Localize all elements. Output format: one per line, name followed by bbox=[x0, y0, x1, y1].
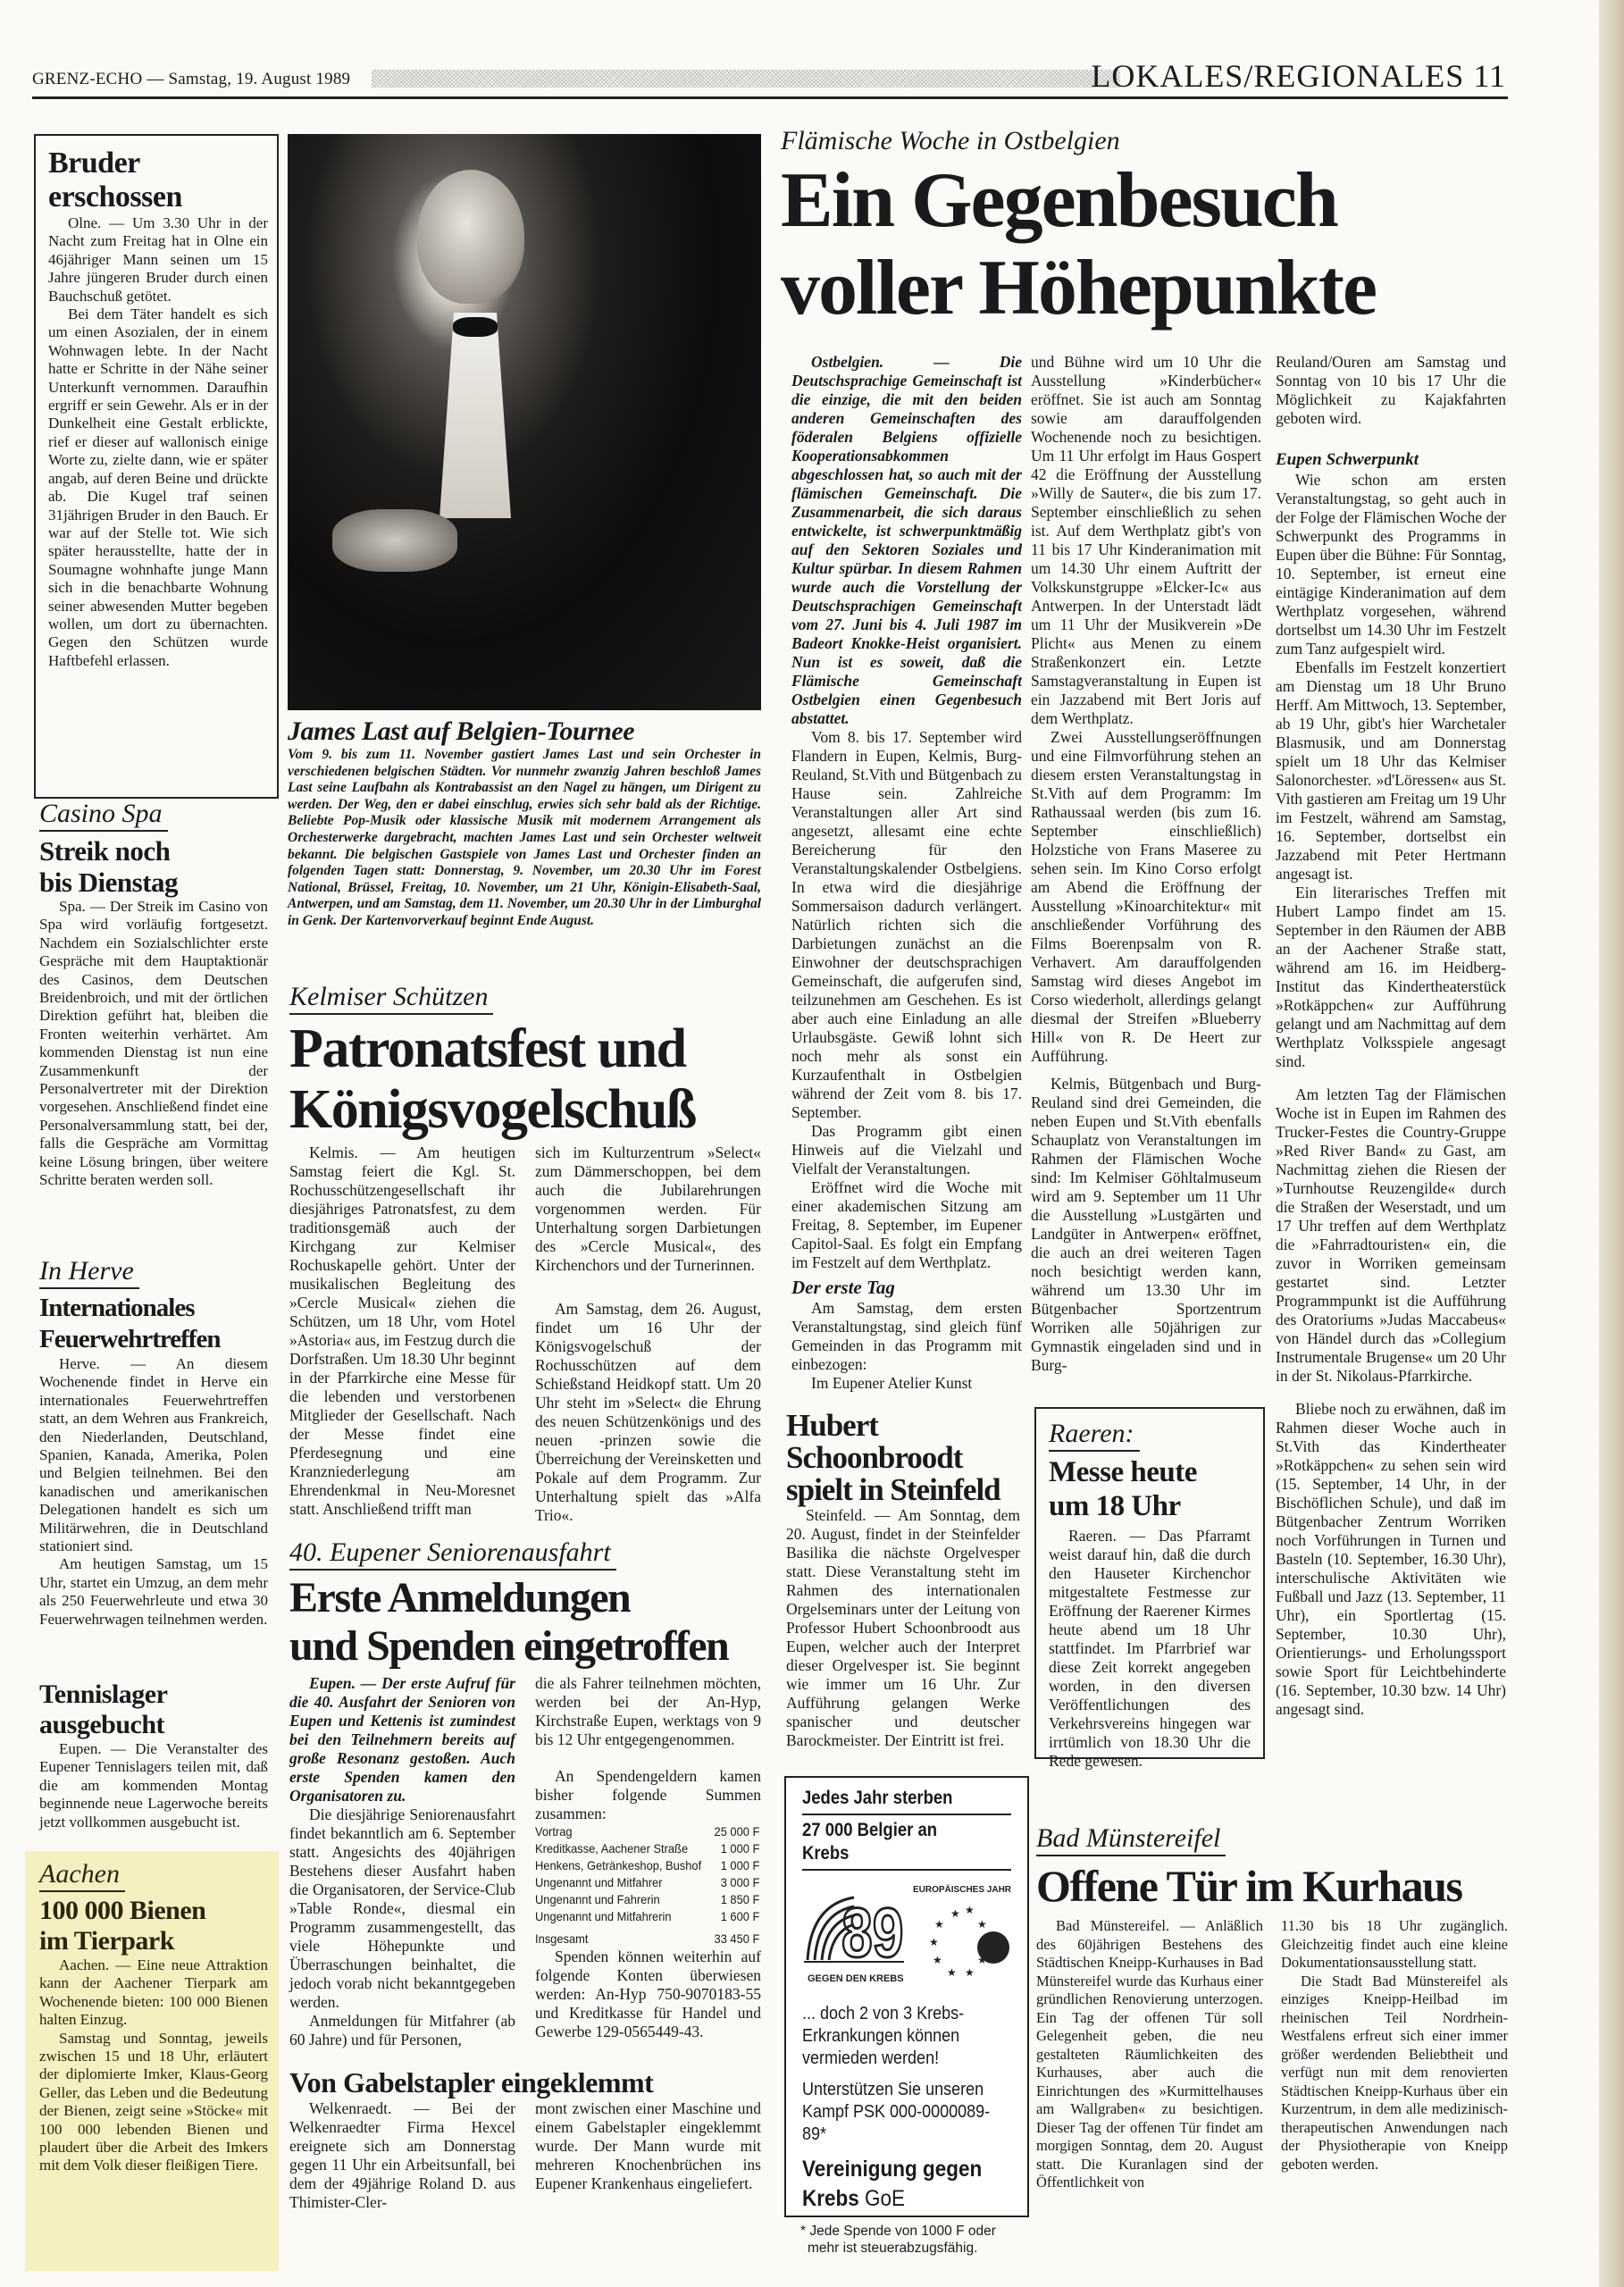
photo-hand bbox=[332, 509, 457, 572]
article-body: Eupen. — Die Veranstalter des Eupener Te… bbox=[39, 1740, 268, 1831]
paragraph: Ein literarisches Treffen mit Hubert Lam… bbox=[1276, 884, 1506, 1071]
paragraph: Bliebe noch zu erwähnen, daß im Rahmen d… bbox=[1276, 1400, 1506, 1719]
article-herve: In Herve InternationalesFeuerwehrtreffen… bbox=[39, 1255, 268, 1629]
column: sich im Kulturzentrum »Select« zum Dämme… bbox=[535, 1143, 761, 1525]
subheadline: Der erste Tag bbox=[791, 1276, 1022, 1299]
page-number: 11 bbox=[1473, 58, 1506, 94]
kicker: Raeren: bbox=[1049, 1418, 1140, 1452]
table-row: Ungenannt und Fahrerin1 850 F bbox=[535, 1891, 759, 1908]
svg-text:89: 89 bbox=[841, 1893, 903, 1971]
paragraph: Kelmis. — Am heutigen Samstag feiert die… bbox=[289, 1143, 515, 1519]
svg-text:★: ★ bbox=[977, 1918, 987, 1931]
headline: 100 000 Bienenim Tierpark bbox=[39, 1896, 268, 1956]
column: 11.30 bis 18 Uhr zugänglich. Gleichzeiti… bbox=[1281, 1917, 1508, 2192]
headline: InternationalesFeuerwehrtreffen bbox=[39, 1293, 268, 1355]
paragraph: Zwei Ausstellungseröffnungen und eine Fi… bbox=[1031, 728, 1261, 1066]
flaemisch-column-2: und Bühne wird um 10 Uhr die Ausstellung… bbox=[1031, 353, 1261, 1375]
kicker: Aachen bbox=[39, 1858, 125, 1892]
article-senioren: 40. Eupener Seniorenausfahrt Erste Anmel… bbox=[289, 1537, 761, 2049]
column: Welkenraedt. — Bei der Welkenraedter Fir… bbox=[289, 2099, 515, 2212]
article-flaemisch-header: Flämische Woche in Ostbelgien Ein Gegenb… bbox=[781, 125, 1513, 332]
kicker: Casino Spa bbox=[39, 798, 168, 832]
table-row: Ungenannt und Mitfahrer3 000 F bbox=[535, 1874, 759, 1891]
paragraph: Bad Münstereifel. — Anläßlich des 60jähr… bbox=[1036, 1917, 1263, 2192]
flaemisch-column-3: Reuland/Ouren am Samstag und Sonntag von… bbox=[1276, 353, 1506, 1719]
column: Bad Münstereifel. — Anläßlich des 60jähr… bbox=[1036, 1917, 1263, 2192]
paragraph: Raeren. — Das Pfarramt weist darauf hin,… bbox=[1049, 1527, 1251, 1771]
kicker: Kelmiser Schützen bbox=[289, 981, 493, 1015]
svg-text:★: ★ bbox=[965, 1966, 975, 1979]
paragraph: Das Programm gibt einen Hinweis auf die … bbox=[791, 1122, 1022, 1178]
section-title: LOKALES/REGIONALES 11 bbox=[1091, 57, 1506, 95]
article-columns: Welkenraedt. — Bei der Welkenraedter Fir… bbox=[289, 2099, 761, 2212]
headline: Von Gabelstapler eingeklemmt bbox=[289, 2065, 761, 2099]
table-row: Ungenannt und Mitfahrerin1 600 F bbox=[535, 1908, 759, 1925]
table-row: Vortrag25 000 F bbox=[535, 1823, 759, 1840]
column: Kelmis. — Am heutigen Samstag feiert die… bbox=[289, 1143, 515, 1525]
paragraph: Die Stadt Bad Münstereifel als einziges … bbox=[1281, 1973, 1508, 2174]
article-body: Aachen. — Eine neue Attraktion kann der … bbox=[39, 1956, 268, 2175]
paragraph: Eröffnet wird die Woche mit einer akadem… bbox=[791, 1178, 1022, 1272]
masthead: GRENZ-ECHO — Samstag, 19. August 1989 LO… bbox=[32, 55, 1506, 95]
column: mont zwischen einer Maschine und einem G… bbox=[535, 2099, 761, 2212]
kicker: Bad Münstereifel bbox=[1036, 1822, 1226, 1856]
paragraph: Spenden können weiterhin auf folgende Ko… bbox=[535, 1948, 761, 2041]
paragraph: Am heutigen Samstag, um 15 Uhr, startet … bbox=[39, 1555, 268, 1629]
paragraph: Am letzten Tag der Flämischen Woche ist … bbox=[1276, 1085, 1506, 1386]
logo-europe-against-cancer: 89 GEGEN DEN KREBS EUROPÄISCHES JAHR ★★★… bbox=[799, 1878, 1015, 1994]
section-name: LOKALES/REGIONALES bbox=[1091, 58, 1464, 94]
paragraph: Anmeldungen für Mitfahrer (ab 60 Jahre) … bbox=[289, 2012, 515, 2049]
article-columns: Eupen. — Der erste Aufruf für die 40. Au… bbox=[289, 1674, 761, 2049]
lead-paragraph: Ostbelgien. — Die Deutschsprachige Gemei… bbox=[791, 353, 1022, 727]
svg-text:EUROPÄISCHES JAHR: EUROPÄISCHES JAHR bbox=[913, 1883, 1012, 1895]
photo-face bbox=[417, 170, 524, 304]
article-bienen: Aachen 100 000 Bienenim Tierpark Aachen.… bbox=[39, 1858, 268, 2175]
paragraph: Ebenfalls im Festzelt konzertiert am Die… bbox=[1276, 658, 1506, 884]
rainbow-89-icon: 89 GEGEN DEN KREBS EUROPÄISCHES JAHR ★★★… bbox=[799, 1878, 1013, 1994]
paragraph: Spa. — Der Streik im Casino von Spa wird… bbox=[39, 898, 268, 1190]
article-body: Raeren. — Das Pfarramt weist darauf hin,… bbox=[1049, 1527, 1251, 1771]
headline: Ein Gegenbesuchvoller Höhepunkte bbox=[781, 157, 1513, 332]
headline: James Last auf Belgien-Tournee bbox=[288, 716, 761, 747]
paper-date: GRENZ-ECHO — Samstag, 19. August 1989 bbox=[32, 70, 350, 89]
headline: Tennislagerausgebucht bbox=[39, 1680, 268, 1740]
ad-headline: Jedes Jahr sterben bbox=[802, 1787, 986, 1810]
photo-caption: Vom 9. bis zum 11. November gastiert Jam… bbox=[288, 747, 761, 930]
paragraph: Vom 9. bis zum 11. November gastiert Jam… bbox=[288, 747, 761, 930]
paragraph: Welkenraedt. — Bei der Welkenraedter Fir… bbox=[289, 2099, 515, 2212]
article-columns: Kelmis. — Am heutigen Samstag feiert die… bbox=[289, 1143, 761, 1525]
divider bbox=[802, 1814, 1011, 1815]
photo-shirt bbox=[439, 313, 511, 518]
headline: Messe heuteum 18 Uhr bbox=[1049, 1455, 1251, 1523]
flaemisch-column-1: Ostbelgien. — Die Deutschsprachige Gemei… bbox=[791, 353, 1022, 1393]
article-kurhaus: Bad Münstereifel Offene Tür im Kurhaus B… bbox=[1036, 1822, 1508, 2192]
paragraph: Steinfeld. — Am Sonntag, dem 20. August,… bbox=[786, 1506, 1020, 1750]
photo-james-last bbox=[288, 134, 761, 710]
article-james-last: James Last auf Belgien-Tournee Vom 9. bi… bbox=[288, 716, 761, 930]
svg-text:★: ★ bbox=[965, 1904, 975, 1916]
svg-text:★: ★ bbox=[950, 1907, 960, 1920]
total-row: Insgesamt33 450 F bbox=[535, 1925, 759, 1948]
paragraph: mont zwischen einer Maschine und einem G… bbox=[535, 2099, 761, 2193]
svg-text:★: ★ bbox=[933, 1954, 942, 1966]
headline: Offene Tür im Kurhaus bbox=[1036, 1860, 1508, 1912]
paragraph: Eupen. — Die Veranstalter des Eupener Te… bbox=[39, 1740, 268, 1831]
paragraph: An Spendengeldern kamen bisher folgende … bbox=[535, 1767, 761, 1823]
photo-bowtie bbox=[453, 317, 498, 337]
paragraph: Olne. — Um 3.30 Uhr in der Nacht zum Fre… bbox=[48, 214, 268, 306]
subheadline: Eupen Schwerpunkt bbox=[1276, 449, 1506, 471]
paragraph: und Bühne wird um 10 Uhr die Ausstellung… bbox=[1031, 353, 1261, 728]
paragraph: Aachen. — Eine neue Attraktion kann der … bbox=[39, 1956, 268, 2030]
article-casino: Casino Spa Streik nochbis Dienstag Spa. … bbox=[39, 798, 268, 1190]
paragraph: Herve. — An diesem Wochenende findet in … bbox=[39, 1355, 268, 1555]
article-body: Olne. — Um 3.30 Uhr in der Nacht zum Fre… bbox=[48, 214, 268, 670]
headline: Streik nochbis Dienstag bbox=[39, 835, 268, 898]
masthead-rule bbox=[32, 96, 1508, 99]
article-body: Steinfeld. — Am Sonntag, dem 20. August,… bbox=[786, 1506, 1020, 1750]
paragraph: 11.30 bis 18 Uhr zugänglich. Gleichzeiti… bbox=[1281, 1917, 1508, 1973]
article-schoonbroodt: HubertSchoonbroodtspielt in Steinfeld St… bbox=[786, 1410, 1020, 1750]
paragraph: Im Eupener Atelier Kunst bbox=[791, 1374, 1022, 1393]
ad-footnote: * Jede Spende von 1000 F oder mehr ist s… bbox=[808, 2223, 1011, 2257]
ad-krebs: Jedes Jahr sterben 27 000 Belgier an Kre… bbox=[784, 1776, 1029, 2217]
headline: Erste Anmeldungenund Spenden eingetroffe… bbox=[289, 1574, 761, 1671]
svg-text:★: ★ bbox=[934, 1918, 944, 1931]
ad-body: Unterstützen Sie unseren Kampf PSK 000-0… bbox=[802, 2079, 991, 2146]
lead-paragraph: Eupen. — Der erste Aufruf für die 40. Au… bbox=[289, 1674, 515, 1805]
ad-headline: 27 000 Belgier an Krebs bbox=[802, 1819, 986, 1865]
donations-table: Vortrag25 000 F Kreditkasse, Aachener St… bbox=[535, 1823, 759, 1948]
paragraph: Kelmis, Bütgenbach und Burg-Reuland sind… bbox=[1031, 1075, 1261, 1375]
kicker: Flämische Woche in Ostbelgien bbox=[781, 125, 1513, 157]
paragraph: Samstag und Sonntag, jeweils zwischen 15… bbox=[39, 2030, 268, 2175]
article-raeren: Raeren: Messe heuteum 18 Uhr Raeren. — D… bbox=[1034, 1407, 1265, 1759]
article-tennis: Tennislagerausgebucht Eupen. — Die Veran… bbox=[39, 1680, 268, 1831]
article-body: Herve. — An diesem Wochenende findet in … bbox=[39, 1355, 268, 1629]
paragraph: Wie schon am ersten Veranstaltungstag, s… bbox=[1276, 471, 1506, 658]
paragraph: Vom 8. bis 17. September wird Flandern i… bbox=[791, 728, 1022, 1122]
table-row: Kreditkasse, Aachener Straße1 000 F bbox=[535, 1840, 759, 1857]
ad-organization: Vereinigung gegen Krebs GoE bbox=[802, 2155, 991, 2214]
paragraph: Am Samstag, dem 26. August, findet um 16… bbox=[535, 1300, 761, 1525]
column: die als Fahrer teilnehmen möchten, werde… bbox=[535, 1674, 761, 2049]
article-kelmis: Kelmiser Schützen Patronatsfest undKönig… bbox=[289, 981, 761, 1525]
article-body: Spa. — Der Streik im Casino von Spa wird… bbox=[39, 898, 268, 1190]
kicker: In Herve bbox=[39, 1255, 139, 1289]
table-row: Henkens, Getränkeshop, Bushof1 000 F bbox=[535, 1857, 759, 1874]
divider bbox=[802, 1869, 1011, 1871]
paragraph: Reuland/Ouren am Samstag und Sonntag von… bbox=[1276, 353, 1506, 428]
article-bruder: Brudererschossen Olne. — Um 3.30 Uhr in … bbox=[34, 134, 279, 799]
headline: Patronatsfest undKönigsvogelschuß bbox=[289, 1018, 761, 1140]
headline: Brudererschossen bbox=[48, 147, 268, 214]
ad-body: ... doch 2 von 3 Krebs-Erkrankungen könn… bbox=[802, 2003, 991, 2070]
paragraph: Bei dem Täter handelt es sich um einen A… bbox=[48, 306, 268, 670]
headline: HubertSchoonbroodtspielt in Steinfeld bbox=[786, 1410, 1020, 1506]
svg-text:★: ★ bbox=[929, 1936, 939, 1948]
svg-text:★: ★ bbox=[947, 1966, 957, 1979]
column: Eupen. — Der erste Aufruf für die 40. Au… bbox=[289, 1674, 515, 2049]
paragraph: sich im Kulturzentrum »Select« zum Dämme… bbox=[535, 1143, 761, 1275]
kicker: 40. Eupener Seniorenausfahrt bbox=[289, 1537, 616, 1571]
page-binding-edge bbox=[1599, 0, 1624, 2287]
paragraph: Die diesjährige Seniorenausfahrt findet … bbox=[289, 1805, 515, 2012]
paragraph: die als Fahrer teilnehmen möchten, werde… bbox=[535, 1674, 761, 1749]
article-gabelstapler: Von Gabelstapler eingeklemmt Welkenraedt… bbox=[289, 2065, 761, 2212]
masthead-pattern bbox=[372, 70, 1120, 88]
newspaper-page: GRENZ-ECHO — Samstag, 19. August 1989 LO… bbox=[0, 0, 1599, 2287]
svg-text:GEGEN DEN KREBS: GEGEN DEN KREBS bbox=[808, 1973, 904, 1984]
article-columns: Bad Münstereifel. — Anläßlich des 60jähr… bbox=[1036, 1917, 1508, 2192]
paragraph: Am Samstag, dem ersten Veranstaltungstag… bbox=[791, 1299, 1022, 1374]
